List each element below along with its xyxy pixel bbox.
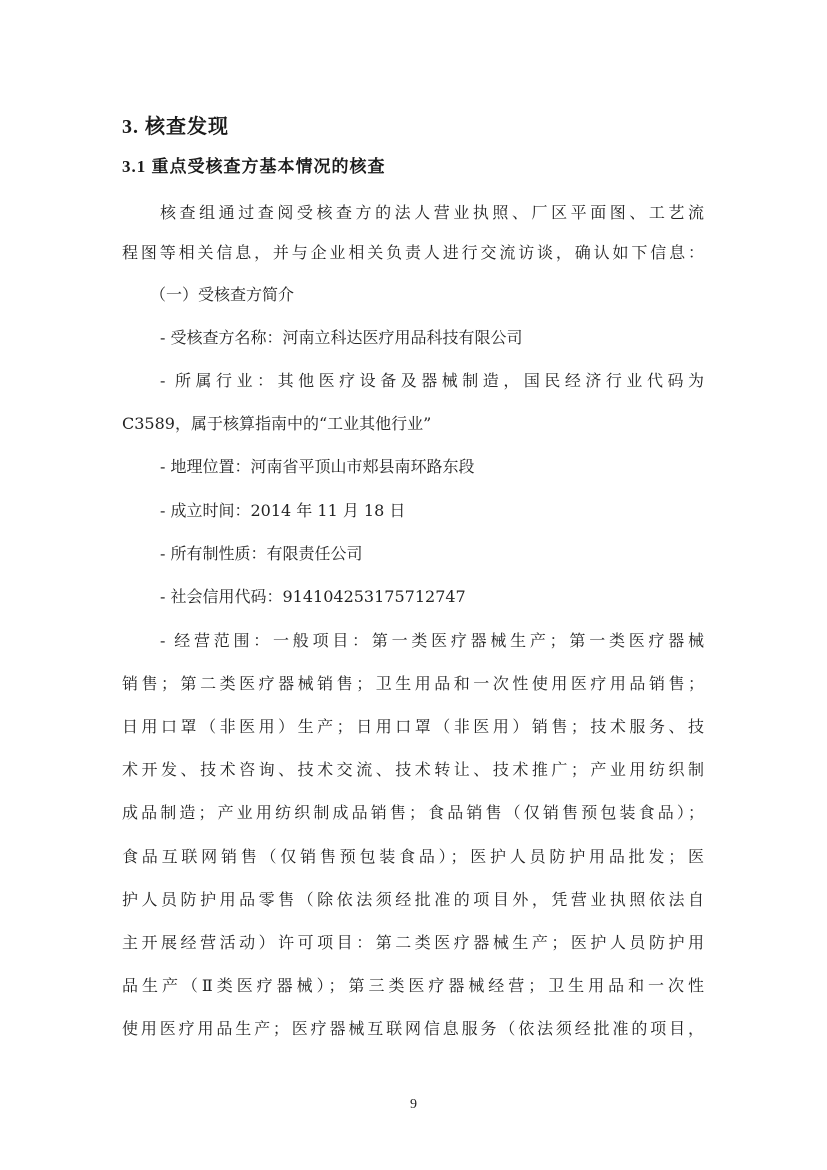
paragraph-line: 主开展经营活动）许可项目：第二类医疗器械生产；医护人员防护用 xyxy=(122,932,704,954)
info-item-name: - 受核查方名称：河南立科达医疗用品科技有限公司 xyxy=(160,327,704,349)
paragraph-line: 核查组通过查阅受核查方的法人营业执照、厂区平面图、工艺流 xyxy=(160,202,704,224)
paragraph-line: 程图等相关信息，并与企业相关负责人进行交流访谈，确认如下信息： xyxy=(122,242,704,264)
document-page: 3. 核查发现 3.1 重点受核查方基本情况的核查 核查组通过查阅受核查方的法人… xyxy=(0,0,827,1170)
paragraph-line: 品生产（Ⅱ类医疗器械）；第三类医疗器械经营；卫生用品和一次性 xyxy=(122,975,704,997)
info-item-credit-code: - 社会信用代码：914104253175712747 xyxy=(160,586,704,608)
page-number: 9 xyxy=(0,1097,827,1113)
info-item-business-scope: - 经营范围：一般项目：第一类医疗器械生产；第一类医疗器械 xyxy=(160,630,704,652)
list-heading: （一）受核查方简介 xyxy=(150,284,704,306)
paragraph-line: 日用口罩（非医用）生产；日用口罩（非医用）销售；技术服务、技 xyxy=(122,716,704,738)
paragraph-line: 成品制造；产业用纺织制成品销售；食品销售（仅销售预包装食品）； xyxy=(122,802,704,824)
info-item-industry-cont: C3589，属于核算指南中的“工业其他行业” xyxy=(122,413,704,435)
section-heading: 3. 核查发现 xyxy=(122,110,229,139)
info-item-founded: - 成立时间：2014 年 11 月 18 日 xyxy=(160,500,704,522)
paragraph-line: 术开发、技术咨询、技术交流、技术转让、技术推广；产业用纺织制 xyxy=(122,759,704,781)
paragraph-line: 使用医疗用品生产；医疗器械互联网信息服务（依法须经批准的项目， xyxy=(122,1018,704,1040)
subsection-heading: 3.1 重点受核查方基本情况的核查 xyxy=(122,152,386,177)
info-item-location: - 地理位置：河南省平顶山市郏县南环路东段 xyxy=(160,456,704,478)
info-item-ownership: - 所有制性质：有限责任公司 xyxy=(160,543,704,565)
paragraph-line: 销售；第二类医疗器械销售；卫生用品和一次性使用医疗用品销售； xyxy=(122,673,704,695)
info-item-industry: - 所属行业：其他医疗设备及器械制造，国民经济行业代码为 xyxy=(160,370,704,392)
paragraph-line: 护人员防护用品零售（除依法须经批准的项目外，凭营业执照依法自 xyxy=(122,889,704,911)
paragraph-line: 食品互联网销售（仅销售预包装食品）；医护人员防护用品批发；医 xyxy=(122,846,704,868)
